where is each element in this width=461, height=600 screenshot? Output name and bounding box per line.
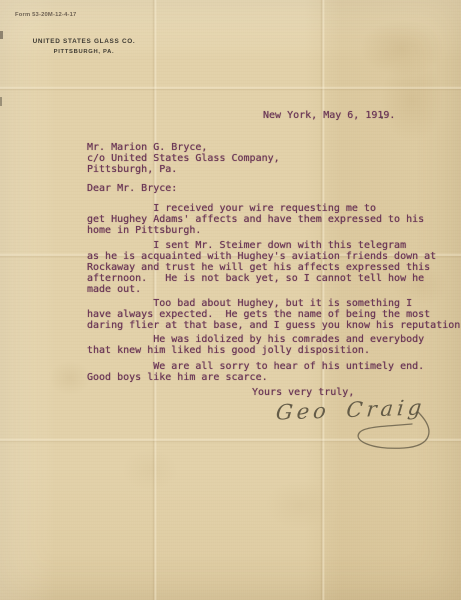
letter-page: Form 53-20M-12-4-17 UNITED STATES GLASS … bbox=[0, 0, 461, 600]
dateline: New York, May 6, 1919. bbox=[263, 110, 395, 121]
company-location: PITTSBURGH, PA. bbox=[23, 49, 145, 55]
closing: Yours very truly, bbox=[252, 387, 354, 398]
horizontal-fold-crease-bottom bbox=[0, 438, 461, 443]
paragraph-5: We are all sorry to hear of his untimely… bbox=[87, 361, 424, 383]
letterhead: UNITED STATES GLASS CO. PITTSBURGH, PA. bbox=[23, 38, 145, 55]
horizontal-fold-crease-top bbox=[0, 86, 461, 91]
scan-edge-artifact bbox=[0, 97, 2, 106]
paragraph-2: I sent Mr. Steimer down with this telegr… bbox=[87, 240, 436, 295]
form-number: Form 53-20M-12-4-17 bbox=[15, 12, 76, 18]
company-name: UNITED STATES GLASS CO. bbox=[23, 38, 145, 45]
paragraph-3: Too bad about Hughey, but it is somethin… bbox=[87, 298, 461, 331]
scan-edge-artifact bbox=[0, 31, 3, 39]
paragraph-4: He was idolized by his comrades and ever… bbox=[87, 334, 424, 356]
recipient-block: Mr. Marion G. Bryce, c/o United States G… bbox=[87, 142, 280, 175]
salutation: Dear Mr. Bryce: bbox=[87, 183, 177, 194]
paragraph-1: I received your wire requesting me to ge… bbox=[87, 203, 424, 236]
handwritten-signature: Geo Craig bbox=[275, 395, 427, 424]
